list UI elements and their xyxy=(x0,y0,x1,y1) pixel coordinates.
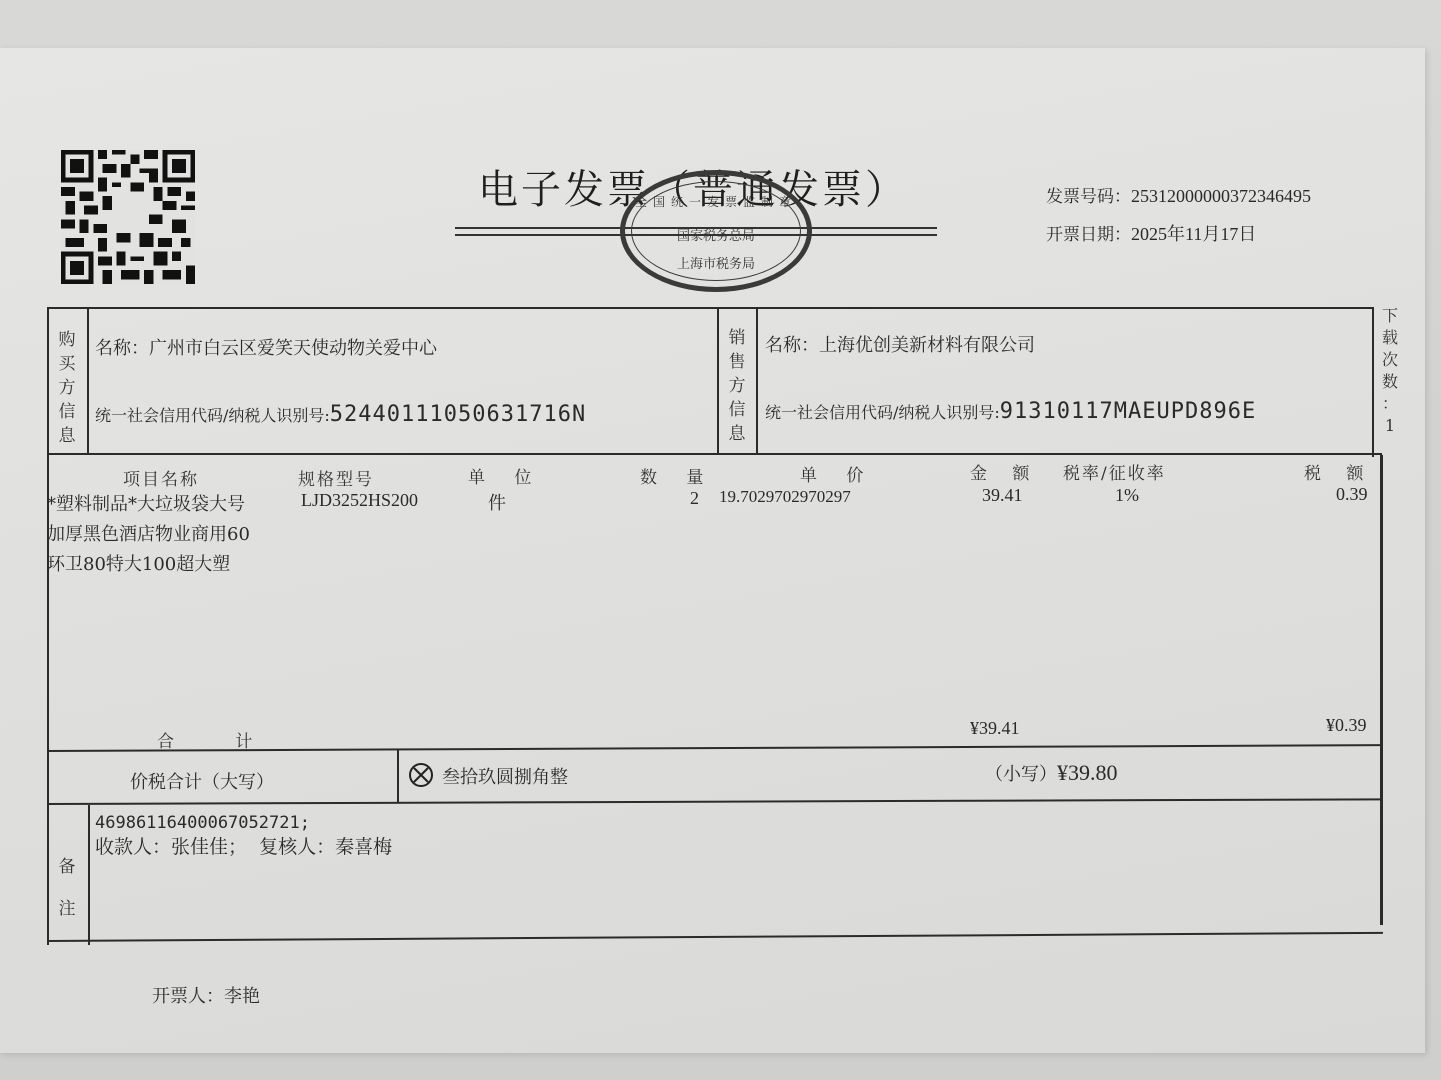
circle-x-icon xyxy=(408,762,434,788)
item-quantity: 2 xyxy=(690,488,699,509)
buyer-section-label: 购买方信息 xyxy=(52,328,82,448)
section-label-char: 信 xyxy=(722,398,752,422)
table-border-right xyxy=(1380,455,1383,925)
item-unit: 件 xyxy=(488,489,506,515)
download-count-char: 次 xyxy=(1378,349,1402,371)
item-tax-rate: 1% xyxy=(1115,485,1139,506)
grand-total-label: 价税合计（大写） xyxy=(130,768,274,794)
total-tax: ¥0.39 xyxy=(1326,715,1367,736)
download-count: 下载次数：1 xyxy=(1378,305,1402,437)
issuer-name: 李艳 xyxy=(224,986,260,1007)
section-label-char: 备 xyxy=(52,846,82,888)
seal-top-text: 全国统一发票监制章 xyxy=(625,193,807,210)
buyer-tax-id-field: 统一社会信用代码/纳税人识别号:52440111050631716N xyxy=(95,402,586,427)
section-label-char: 注 xyxy=(52,888,82,930)
item-amount: 39.41 xyxy=(982,485,1023,506)
table-border-top xyxy=(47,307,1374,309)
buyer-tax-id: 52440111050631716N xyxy=(330,402,586,427)
header-spec: 规格型号 xyxy=(298,465,374,490)
grand-total-lowercase: ¥39.80 xyxy=(1057,760,1118,785)
seller-tax-id-label: 统一社会信用代码/纳税人识别号: xyxy=(765,403,1000,422)
section-label-char: 售 xyxy=(722,350,752,374)
seller-name-field: 名称：上海优创美新材料有限公司 xyxy=(765,331,1035,357)
invoice-number: 25312000000372346495 xyxy=(1131,186,1311,206)
seller-name: 上海优创美新材料有限公司 xyxy=(819,335,1035,356)
seller-label-divider xyxy=(756,307,758,454)
issuer-label: 开票人： xyxy=(152,986,224,1007)
seller-section-label: 销售方信息 xyxy=(722,326,752,446)
section-label-char: 信 xyxy=(52,400,82,424)
download-count-char: 数 xyxy=(1378,371,1402,393)
seal-line1: 国家税务总局 xyxy=(625,225,807,244)
seller-tax-id: 91310117MAEUPD896E xyxy=(1000,399,1256,424)
qr-code-icon xyxy=(60,150,196,284)
buyer-seller-divider xyxy=(717,307,719,454)
header-tax-rate: 税率/征收率 xyxy=(1063,459,1166,484)
item-name-line: 加厚黑色酒店物业商用60 xyxy=(47,520,250,546)
item-tax: 0.39 xyxy=(1336,484,1368,505)
party-divider xyxy=(47,453,1382,455)
item-name-line: *塑料制品*大垃圾袋大号 xyxy=(47,490,245,516)
total-amount: ¥39.41 xyxy=(970,718,1020,739)
grand-total-lowercase-label: （小写） xyxy=(985,764,1057,785)
seal-line2: 上海市税务局 xyxy=(625,253,807,272)
header-quantity: 数 量 xyxy=(640,463,715,488)
buyer-name: 广州市白云区爱笑天使动物关爱中心 xyxy=(149,338,437,359)
buyer-name-label: 名称： xyxy=(95,338,149,359)
remarks-section-label: 备注 xyxy=(52,846,82,930)
seller-name-label: 名称： xyxy=(765,335,819,356)
table-border-left xyxy=(47,307,49,945)
section-label-char: 方 xyxy=(722,374,752,398)
remarks-label-divider xyxy=(88,805,90,945)
header-unit-price: 单 价 xyxy=(800,461,875,486)
seller-tax-id-field: 统一社会信用代码/纳税人识别号:91310117MAEUPD896E xyxy=(765,399,1256,424)
buyer-label-divider xyxy=(87,307,89,454)
header-tax: 税 额 xyxy=(1304,459,1373,484)
download-count-char: ： xyxy=(1378,393,1402,415)
item-name-line: 环卫80特大100超大塑 xyxy=(47,550,230,576)
download-count-char: 下 xyxy=(1378,305,1402,327)
invoice-number-field: 发票号码：25312000000372346495 xyxy=(1046,182,1311,207)
download-count-char: 载 xyxy=(1378,327,1402,349)
buyer-name-field: 名称：广州市白云区爱笑天使动物关爱中心 xyxy=(95,334,437,360)
tax-seal-stamp: 全国统一发票监制章 国家税务总局 上海市税务局 xyxy=(620,170,812,292)
header-amount: 金 额 xyxy=(970,459,1039,484)
grand-total-lowercase-field: （小写）¥39.80 xyxy=(985,760,1118,786)
section-label-char: 买 xyxy=(52,352,82,376)
header-unit: 单 位 xyxy=(468,463,543,488)
section-label-char: 销 xyxy=(722,326,752,350)
section-label-char: 息 xyxy=(52,424,82,448)
issuer-field: 开票人：李艳 xyxy=(152,982,260,1008)
remarks-line1: 46986116400067052721; xyxy=(95,813,310,833)
invoice-date-field: 开票日期：2025年11月17日 xyxy=(1046,220,1256,246)
section-label-char: 息 xyxy=(722,422,752,446)
table-border-right-top xyxy=(1372,307,1374,457)
grand-total-divider xyxy=(397,750,399,802)
section-label-char: 方 xyxy=(52,376,82,400)
invoice-date-label: 开票日期： xyxy=(1046,225,1131,245)
remarks-line2: 收款人：张佳佳； 复核人：秦喜梅 xyxy=(95,832,392,859)
item-spec: LJD3252HS200 xyxy=(301,490,418,511)
item-unit-price: 19.7029702970297 xyxy=(719,487,851,507)
section-label-char: 购 xyxy=(52,328,82,352)
header-item-name: 项目名称 xyxy=(123,465,199,490)
download-count-char: 1 xyxy=(1378,415,1402,437)
invoice-date: 2025年11月17日 xyxy=(1131,224,1256,244)
invoice-number-label: 发票号码： xyxy=(1046,187,1131,207)
buyer-tax-id-label: 统一社会信用代码/纳税人识别号: xyxy=(95,406,330,425)
grand-total-uppercase: 叁拾玖圆捌角整 xyxy=(442,763,568,789)
